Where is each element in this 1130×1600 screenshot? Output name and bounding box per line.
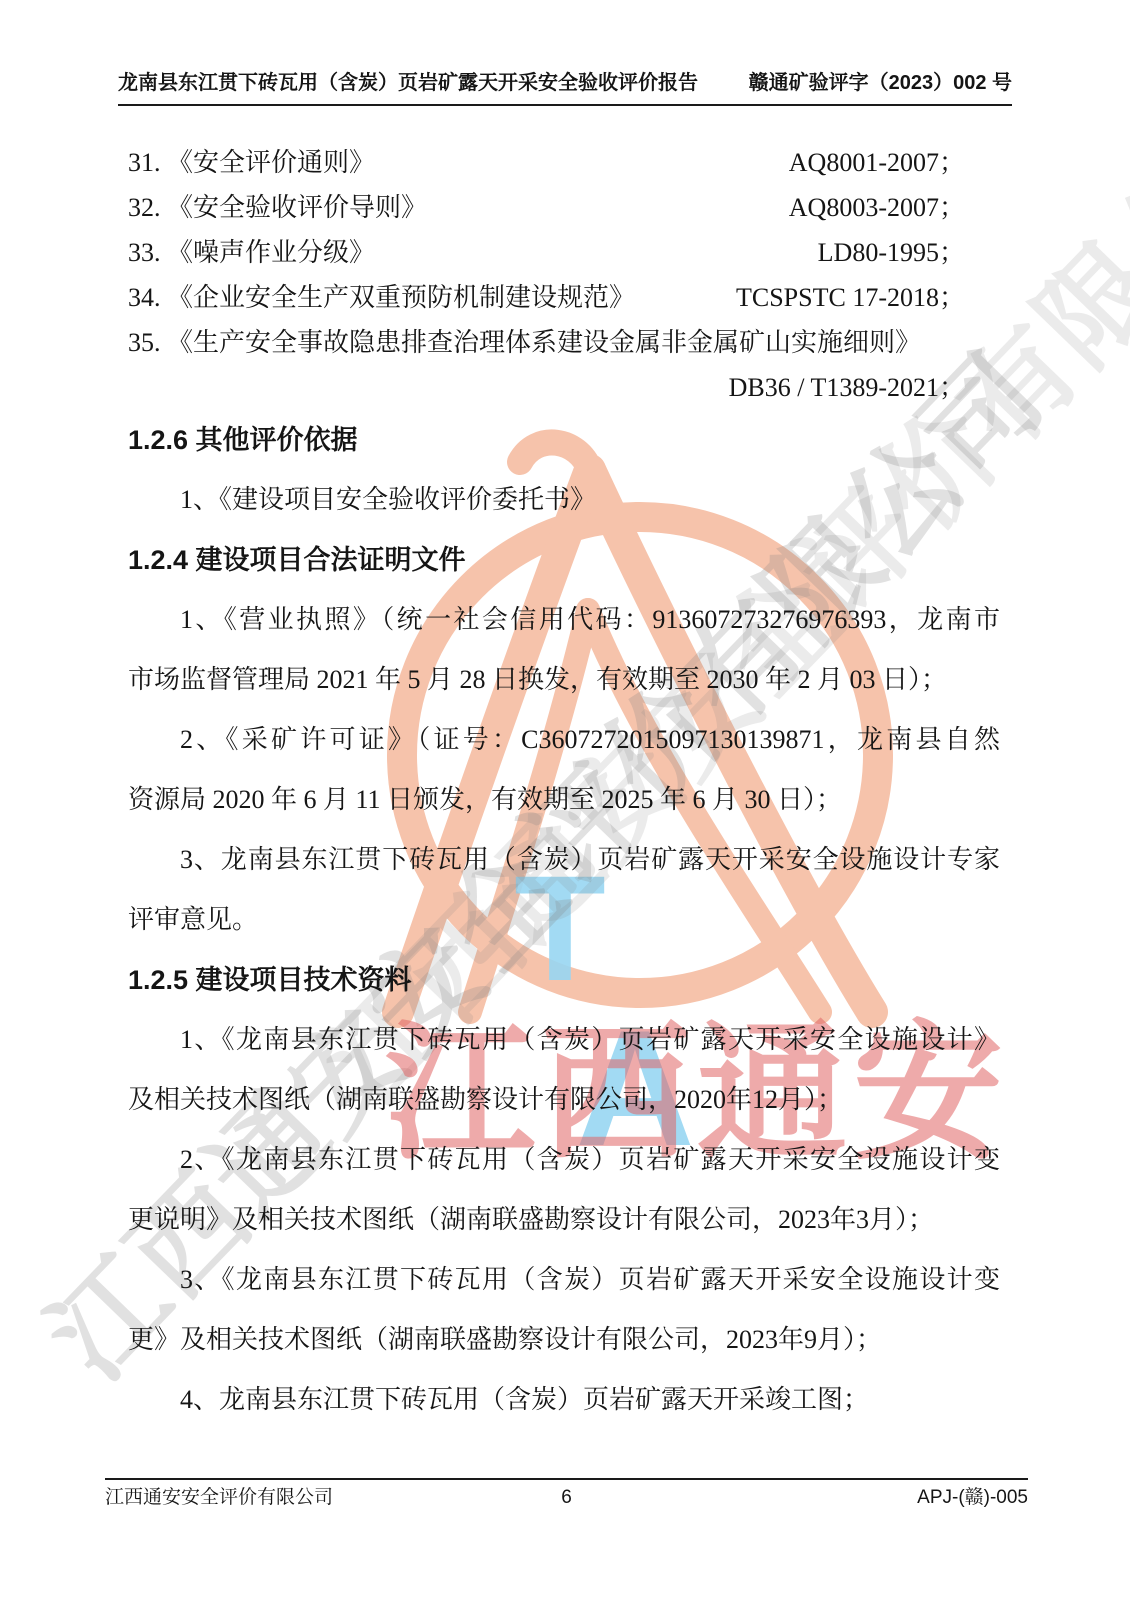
standard-title: 32. 《安全验收评价导则》 xyxy=(128,185,427,230)
text-line: 3、《龙南县东江贯下砖瓦用（含炭）页岩矿露天开采安全设施设计变 xyxy=(128,1250,1000,1310)
text-line: 更说明》及相关技术图纸（湖南联盛勘察设计有限公司，2023年3月）； xyxy=(128,1190,1000,1250)
text-line: 1、《建设项目安全验收评价委托书》 xyxy=(128,470,1000,530)
text-line: 3、龙南县东江贯下砖瓦用（含炭）页岩矿露天开采安全设施设计专家 xyxy=(128,830,1000,890)
text-line: DB36 / T1389-2021； xyxy=(128,365,1000,410)
standard-title: 31. 《安全评价通则》 xyxy=(128,140,375,185)
standard-code: TCSPSTC 17-2018； xyxy=(736,275,965,320)
section-heading: 1.2.4 建设项目合法证明文件 xyxy=(128,530,1000,590)
section-heading: 1.2.5 建设项目技术资料 xyxy=(128,950,1000,1010)
standard-code: LD80-1995； xyxy=(818,230,965,275)
standard-row: 32. 《安全验收评价导则》AQ8003-2007； xyxy=(128,185,1000,230)
footer-company-name: 江西通安安全评价有限公司 xyxy=(105,1487,561,1509)
standard-row: 33. 《噪声作业分级》LD80-1995； xyxy=(128,230,1000,275)
header-doc-number: 赣通矿验评字（2023）002 号 xyxy=(749,70,1012,96)
standard-code: AQ8001-2007； xyxy=(789,140,965,185)
text-line: 市场监督管理局 2021 年 5 月 28 日换发，有效期至 2030 年 2 … xyxy=(128,650,1000,710)
text-line: 35. 《生产安全事故隐患排查治理体系建设金属非金属矿山实施细则》 xyxy=(128,320,1000,365)
text-line: 更》及相关技术图纸（湖南联盛勘察设计有限公司，2023年9月）； xyxy=(128,1310,1000,1370)
text-line: 资源局 2020 年 6 月 11 日颁发，有效期至 2025 年 6 月 30… xyxy=(128,770,1000,830)
text-line: 2、《采矿许可证》（证号：C3607272015097130139871，龙南县… xyxy=(128,710,1000,770)
text-line: 2、《龙南县东江贯下砖瓦用（含炭）页岩矿露天开采安全设施设计变 xyxy=(128,1130,1000,1190)
footer-doc-code: APJ-(赣)-005 xyxy=(572,1487,1028,1509)
standard-row: 31. 《安全评价通则》AQ8001-2007； xyxy=(128,140,1000,185)
standard-row: 34. 《企业安全生产双重预防机制建设规范》TCSPSTC 17-2018； xyxy=(128,275,1000,320)
page-footer: 江西通安安全评价有限公司 6 APJ-(赣)-005 xyxy=(105,1478,1028,1509)
text-line: 1、《龙南县东江贯下砖瓦用（含炭）页岩矿露天开采安全设施设计》 xyxy=(128,1010,1000,1070)
standard-code: AQ8003-2007； xyxy=(789,185,965,230)
text-line: 及相关技术图纸（湖南联盛勘察设计有限公司，2020年12月）； xyxy=(128,1070,1000,1130)
document-body: 31. 《安全评价通则》AQ8001-2007；32. 《安全验收评价导则》AQ… xyxy=(128,140,1000,1430)
document-page: T A 江西通安安全评价有限公司 江西通安安全评价有限公司 江西通安 龙南县东江… xyxy=(0,0,1130,1600)
page-header: 龙南县东江贯下砖瓦用（含炭）页岩矿露天开采安全验收评价报告 赣通矿验评字（202… xyxy=(118,70,1012,106)
standard-title: 33. 《噪声作业分级》 xyxy=(128,230,375,275)
footer-page-number: 6 xyxy=(561,1487,572,1509)
standard-title: 34. 《企业安全生产双重预防机制建设规范》 xyxy=(128,275,635,320)
section-heading: 1.2.6 其他评价依据 xyxy=(128,410,1000,470)
text-line: 1、《营业执照》（统一社会信用代码：913607273276976393，龙南市 xyxy=(128,590,1000,650)
header-report-title: 龙南县东江贯下砖瓦用（含炭）页岩矿露天开采安全验收评价报告 xyxy=(118,70,698,96)
text-line: 4、龙南县东江贯下砖瓦用（含炭）页岩矿露天开采竣工图； xyxy=(128,1370,1000,1430)
text-line: 评审意见。 xyxy=(128,890,1000,950)
